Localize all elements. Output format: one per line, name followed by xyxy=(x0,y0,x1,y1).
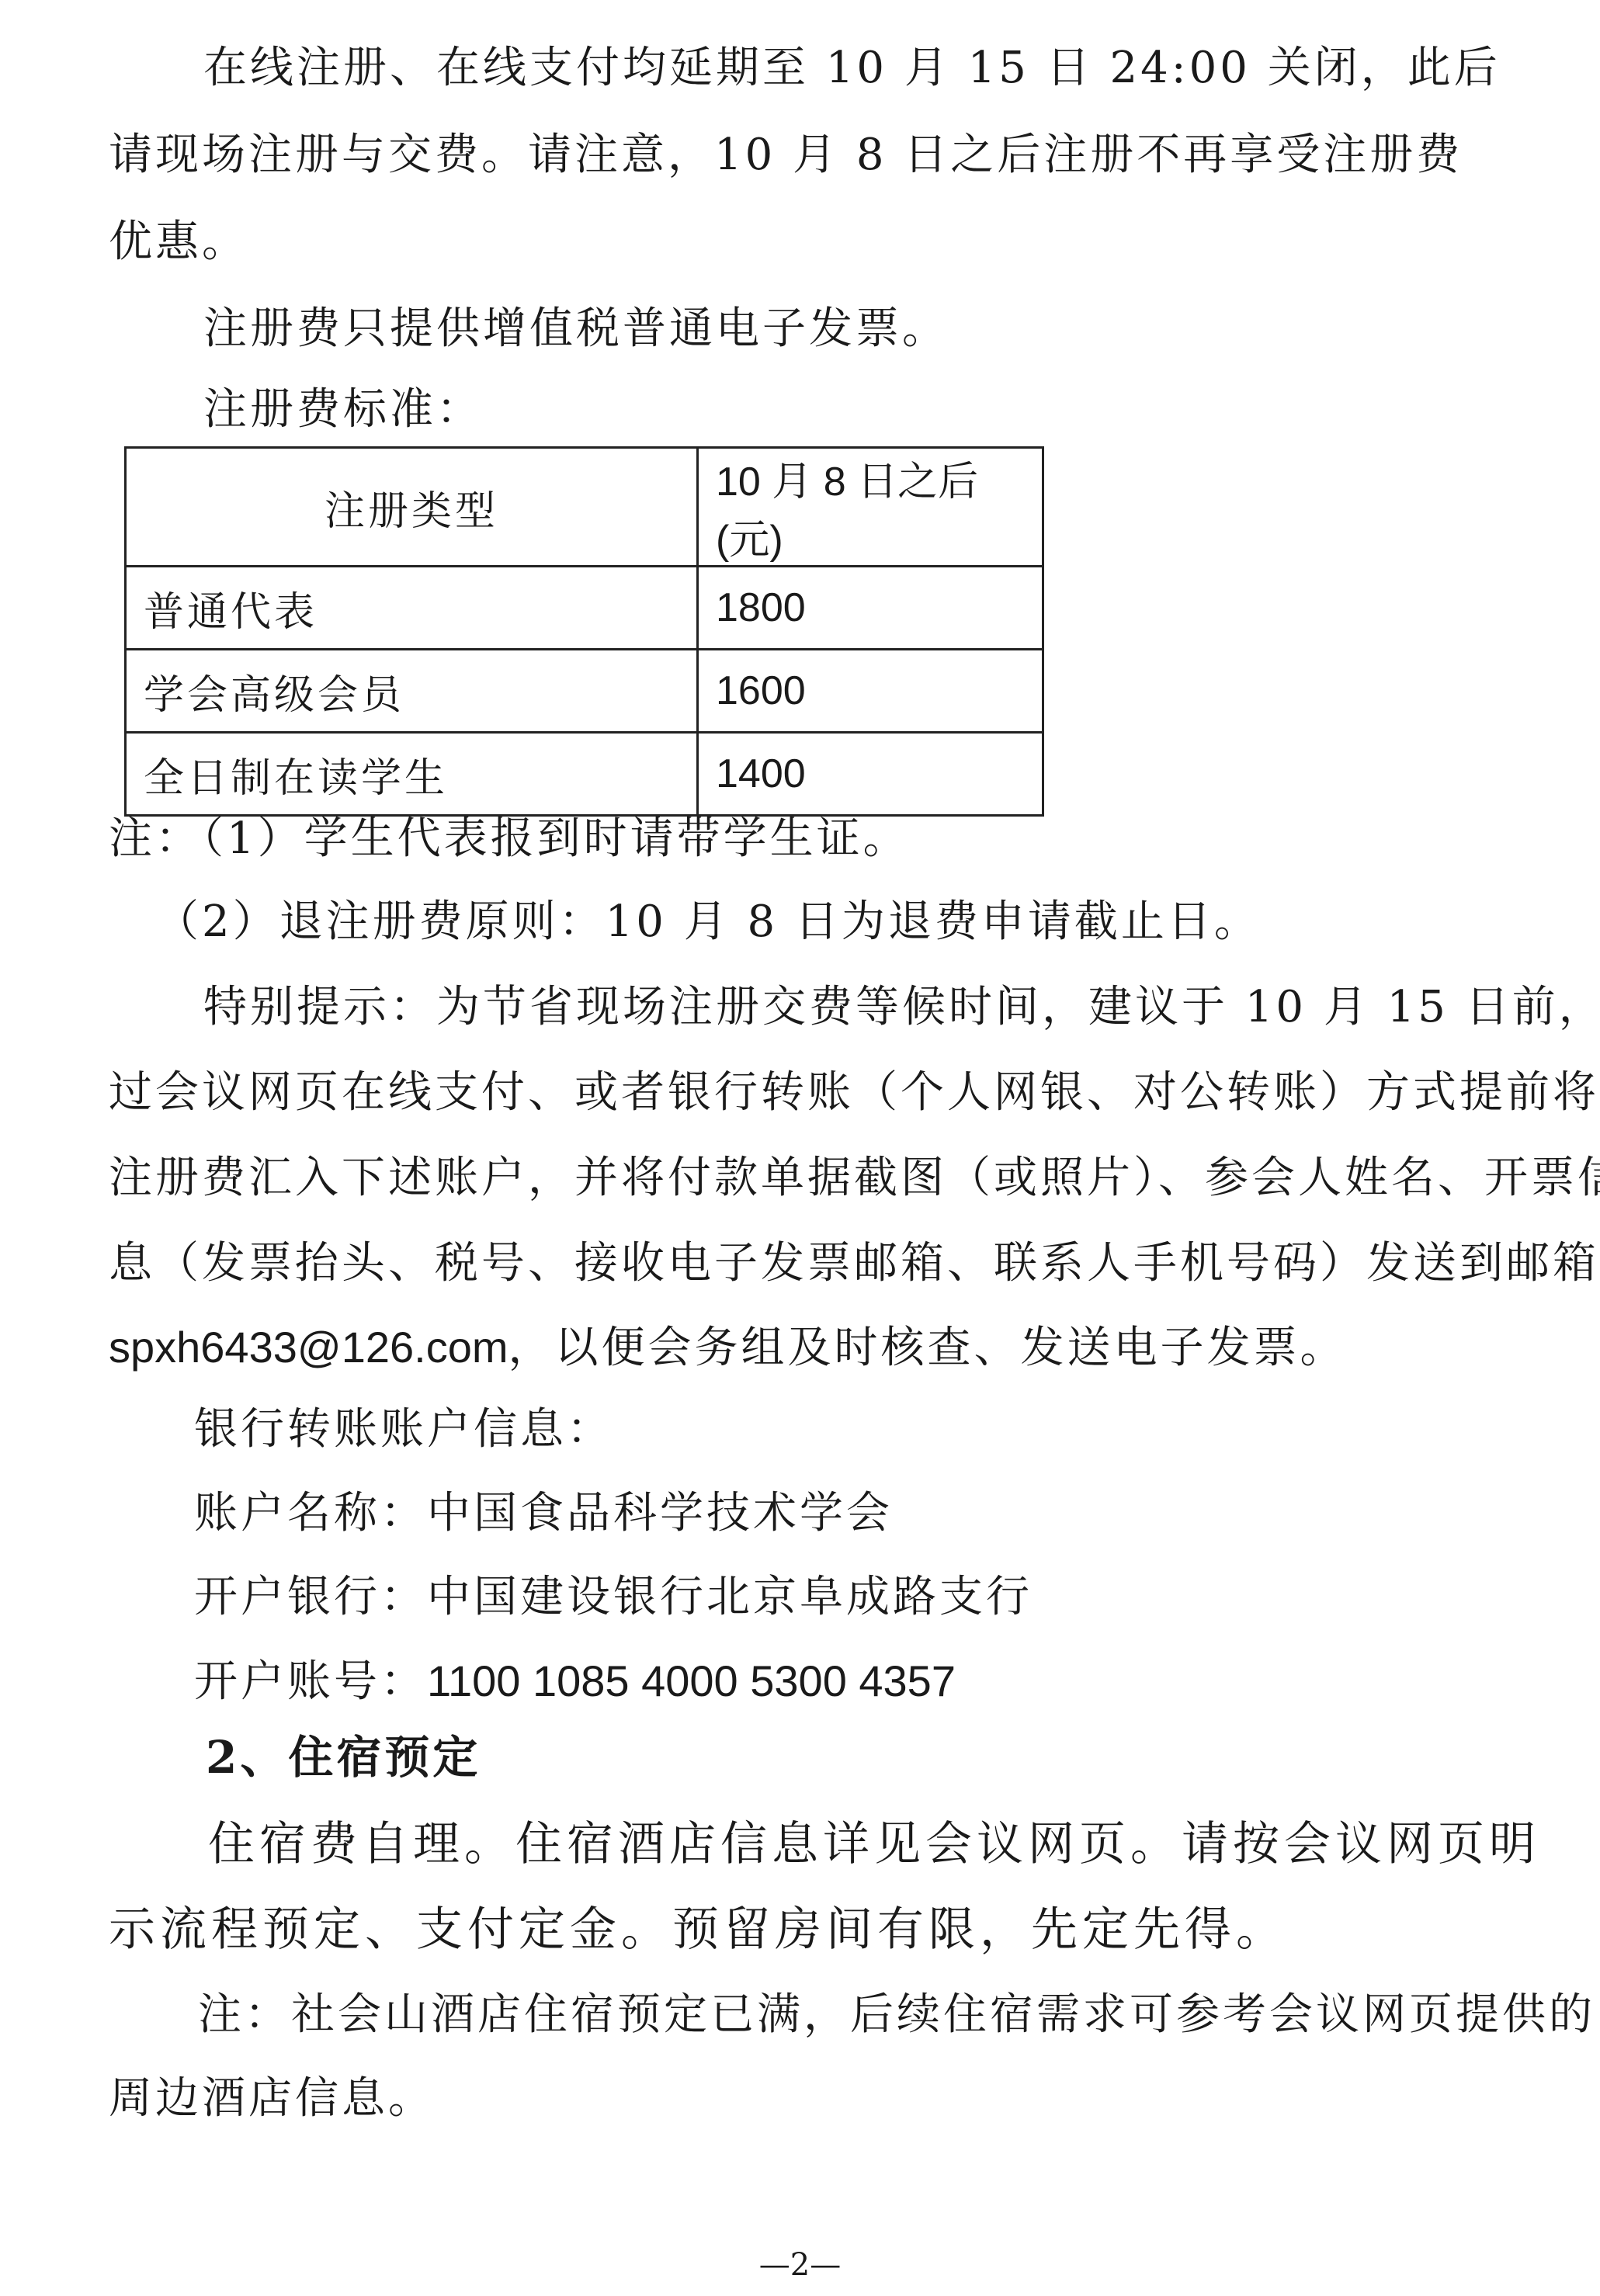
fee-table: 注册类型 10 月 8 日之后(元) 普通代表 1800 学会高级会员 1600… xyxy=(124,446,1044,817)
accommodation-line1: 住宿费自理。住宿酒店信息详见会议网页。请按会议网页明 xyxy=(208,1816,1598,1872)
table-row: 全日制在读学生 1400 xyxy=(126,733,1043,816)
invoice-note: 注册费只提供增值税普通电子发票。 xyxy=(203,301,1593,357)
special-tip-line1: 特别提示：为节省现场注册交费等候时间，建议于 10 月 15 日前，通 xyxy=(203,980,1593,1035)
paragraph-registration-deadline-line1: 在线注册、在线支付均延期至 10 月 15 日 24:00 关闭，此后 xyxy=(203,40,1593,96)
accommodation-line2: 示流程预定、支付定金。预留房间有限，先定先得。 xyxy=(109,1902,1498,1958)
note-student-id: 注：（1）学生代表报到时请带学生证。 xyxy=(109,811,1498,867)
paragraph-registration-deadline-line3: 优惠。 xyxy=(109,214,1498,270)
account-name-value: 中国食品科学技术学会 xyxy=(427,1488,893,1538)
section-heading-accommodation: 2、住宿预定 xyxy=(206,1729,1595,1785)
page-number: —2— xyxy=(0,2247,1600,2283)
account-number-value: 1100 1085 4000 5300 4357 xyxy=(427,1656,956,1705)
table-row: 普通代表 1800 xyxy=(126,567,1043,650)
special-tip-line2: 过会议网页在线支付、或者银行转账（个人网银、对公转账）方式提前将 xyxy=(109,1065,1498,1121)
accommodation-note-line2: 周边酒店信息。 xyxy=(109,2071,1498,2127)
fee-amount-cell: 1600 xyxy=(698,650,1043,733)
bank-info-title: 银行转账账户信息： xyxy=(194,1402,1584,1458)
contact-email-link[interactable]: spxh6433@126.com xyxy=(109,1323,508,1372)
note-refund-policy: （2）退注册费原则：10 月 8 日为退费申请截止日。 xyxy=(155,894,1545,950)
table-row: 学会高级会员 1600 xyxy=(126,650,1043,733)
registration-type-cell: 学会高级会员 xyxy=(126,650,698,733)
fee-amount-cell: 1800 xyxy=(698,567,1043,650)
account-name-label: 账户名称： xyxy=(194,1488,427,1538)
bank-name-value: 中国建设银行北京阜成路支行 xyxy=(427,1572,1033,1622)
account-number-label: 开户账号： xyxy=(194,1656,427,1707)
registration-type-cell: 全日制在读学生 xyxy=(126,733,698,816)
registration-type-cell: 普通代表 xyxy=(126,567,698,650)
account-name-row: 账户名称：中国食品科学技术学会 xyxy=(194,1486,1584,1542)
document-page: 在线注册、在线支付均延期至 10 月 15 日 24:00 关闭，此后 请现场注… xyxy=(0,0,1600,2296)
bank-name-label: 开户银行： xyxy=(194,1572,427,1622)
header-registration-type: 注册类型 xyxy=(126,448,698,567)
special-tip-line4: 息（发票抬头、税号、接收电子发票邮箱、联系人手机号码）发送到邮箱： xyxy=(109,1236,1498,1292)
special-tip-line5: spxh6433@126.com，以便会务组及时核查、发送电子发票。 xyxy=(109,1320,1498,1376)
account-number-row: 开户账号：1100 1085 4000 5300 4357 xyxy=(194,1653,1584,1710)
header-fee-after-oct8: 10 月 8 日之后(元) xyxy=(698,448,1043,567)
paragraph-registration-deadline-line2: 请现场注册与交费。请注意，10 月 8 日之后注册不再享受注册费 xyxy=(109,127,1498,183)
bank-name-row: 开户银行：中国建设银行北京阜成路支行 xyxy=(194,1569,1584,1625)
fee-amount-cell: 1400 xyxy=(698,733,1043,816)
fee-table-header-row: 注册类型 10 月 8 日之后(元) xyxy=(126,448,1043,567)
special-tip-line5-rest: ，以便会务组及时核查、发送电子发票。 xyxy=(508,1323,1347,1373)
special-tip-line3: 注册费汇入下述账户，并将付款单据截图（或照片）、参会人姓名、开票信 xyxy=(109,1150,1498,1206)
fee-standard-label: 注册费标准： xyxy=(203,382,1593,438)
accommodation-note-line1: 注：社会山酒店住宿预定已满，后续住宿需求可参考会议网页提供的 xyxy=(198,1987,1588,2043)
